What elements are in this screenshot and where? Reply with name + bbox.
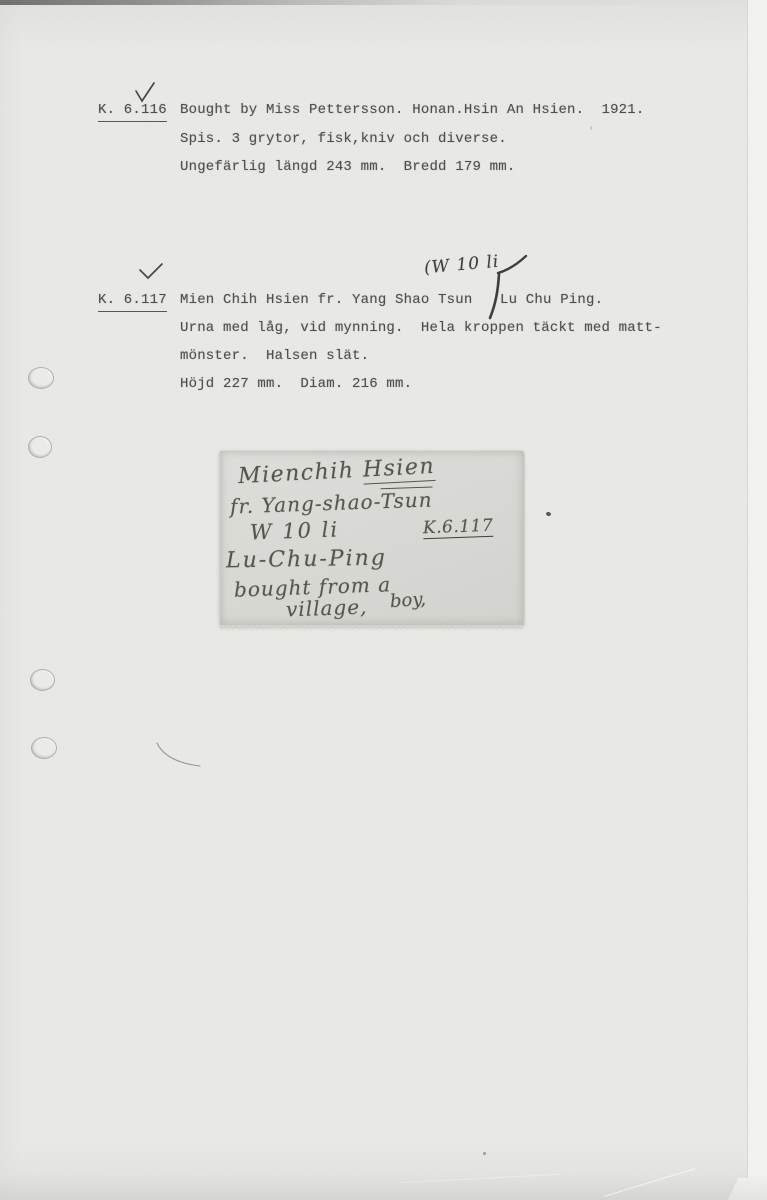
note-text: Mienchih <box>237 458 363 490</box>
note-line: Lu-Chu-Ping <box>226 546 387 574</box>
punch-hole <box>30 669 55 691</box>
catalog-page: K. 6.116 Bought by Miss Pettersson. Hona… <box>0 0 767 1200</box>
pasted-note: Mienchih Hsien fr. Yang-shao-Tsun W 10 l… <box>220 451 523 625</box>
entry-line: Ungefärlig längd 243 mm. Bredd 179 mm. <box>180 158 515 176</box>
note-catalog-ref: K.6.117 <box>423 516 494 539</box>
pencil-arc-icon <box>150 738 206 772</box>
entry-line: mönster. Halsen slät. <box>180 347 369 365</box>
note-line: boy, <box>389 589 426 612</box>
note-text-overlined: Tsun <box>380 486 433 513</box>
entry-line: Mien Chih Hsien fr. Yang Shao Tsun <box>180 291 472 309</box>
entry-line: Lu Chu Ping. <box>500 291 603 309</box>
speck <box>590 126 592 130</box>
checkmark-icon <box>136 260 168 284</box>
pencil-dot <box>545 511 551 516</box>
entry-line: Höjd 227 mm. Diam. 216 mm. <box>180 375 412 393</box>
entry-id: K. 6.116 <box>98 101 167 122</box>
punch-hole <box>28 436 52 458</box>
scan-top-edge <box>0 0 767 5</box>
note-line: W 10 li <box>250 517 340 544</box>
entry-line: Spis. 3 grytor, fisk,kniv och diverse. <box>180 130 507 148</box>
note-text: fr. Yang-shao- <box>230 489 381 518</box>
note-line: fr. Yang-shao-Tsun <box>230 487 433 518</box>
speck <box>483 1152 486 1155</box>
entry-line: Bought by Miss Pettersson. Honan.Hsin An… <box>180 101 644 119</box>
note-text-underlined: Hsien <box>362 454 436 485</box>
bottom-edge-shade <box>0 1174 767 1200</box>
punch-hole <box>28 367 54 389</box>
entry-id: K. 6.117 <box>98 291 167 312</box>
insertion-stroke-icon <box>480 250 540 325</box>
note-line: Mienchih Hsien <box>237 454 435 489</box>
page-right-edge <box>747 0 767 1200</box>
note-line: village, <box>286 595 368 622</box>
entry-line: Urna med låg, vid mynning. Hela kroppen … <box>180 319 662 337</box>
punch-hole <box>31 737 57 759</box>
